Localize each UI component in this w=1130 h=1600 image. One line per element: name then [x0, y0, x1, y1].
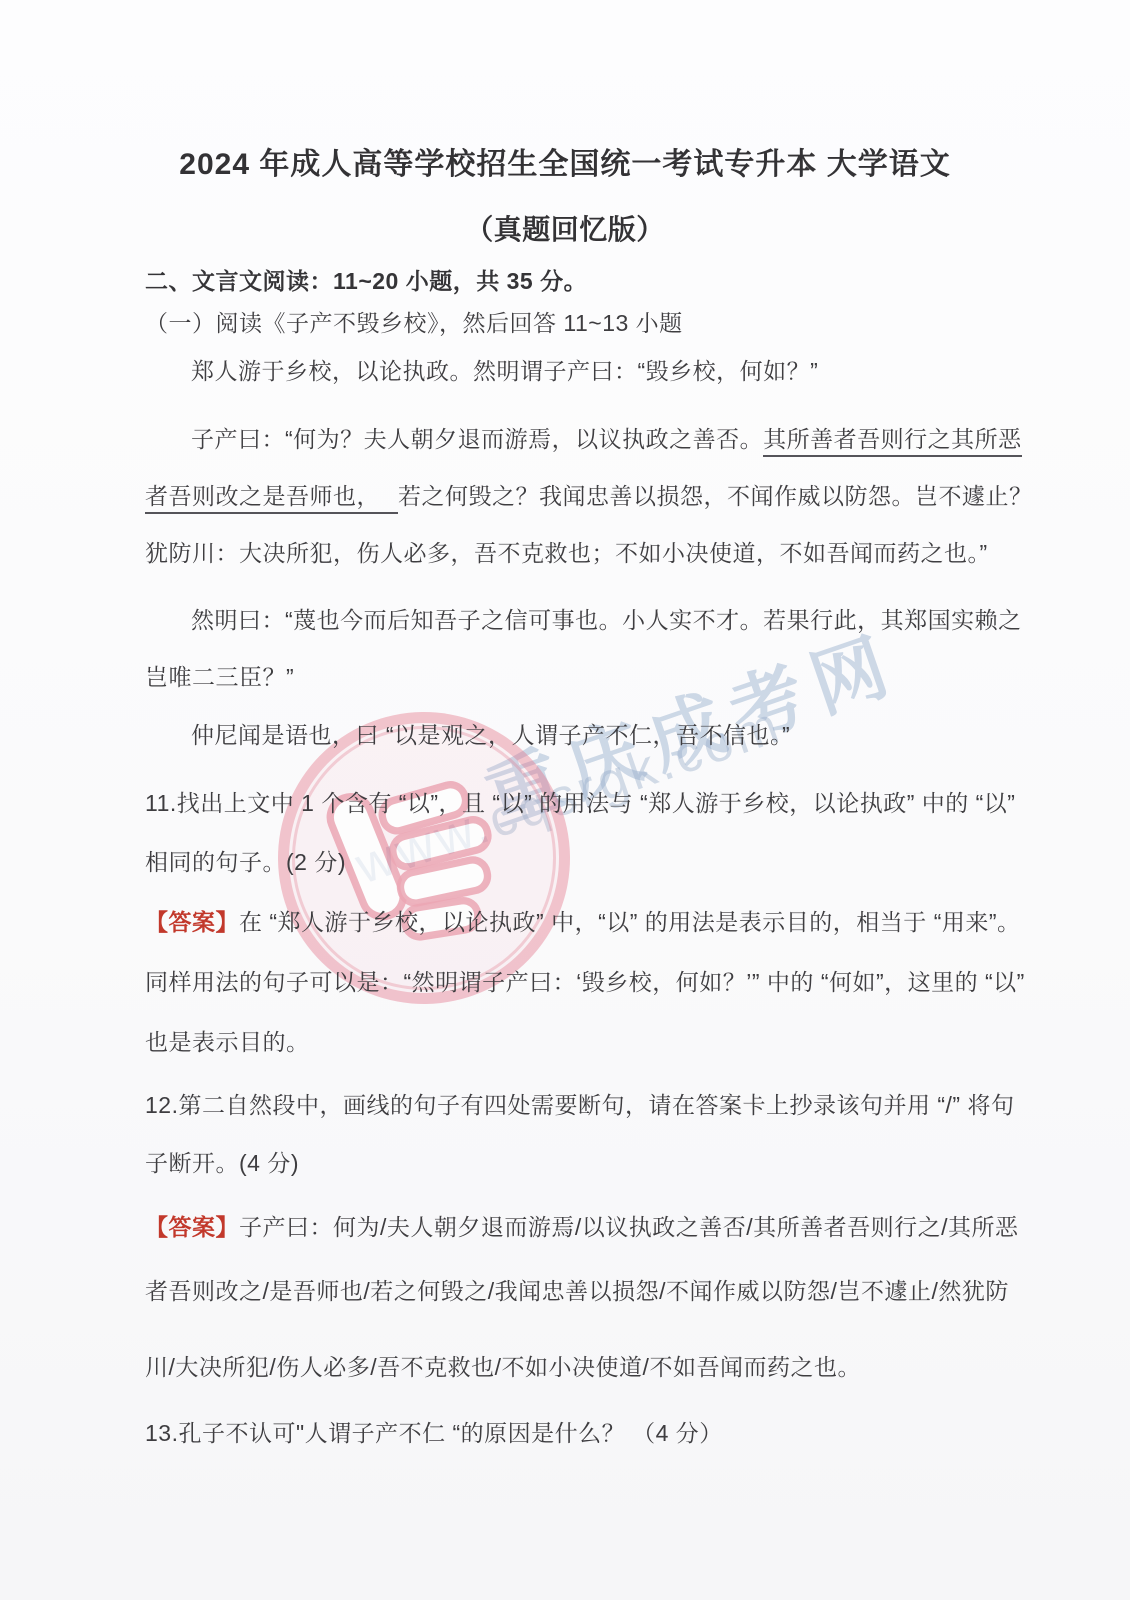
p2-l2-underlined-segment: 者吾则改之是吾师也， — [145, 483, 398, 514]
answer-12-text-1: 子产曰：何为/夫人朝夕退而游焉/以议执政之善否/其所善者吾则行之/其所恶 — [239, 1214, 1019, 1240]
answer-11-text-1: 在 “郑人游于乡校，以论执政” 中，“以” 的用法是表示目的，相当于 “用来”。 — [239, 909, 1021, 935]
passage-paragraph-2-line-3: 犹防川：大决所犯，伤人必多，吾不克救也；不如小决使道，不如吾闻而药之也。” — [145, 538, 988, 568]
exam-title: 2024 年成人高等学校招生全国统一考试专升本 大学语文 — [0, 150, 1130, 180]
question-12-line-1: 12.第二自然段中，画线的句子有四处需要断句，请在答案卡上抄录该句并用 “/” … — [145, 1090, 1014, 1120]
question-11-line-1: 11.找出上文中 1 个含有 “以”，且 “以” 的用法与 “郑人游于乡校，以论… — [145, 788, 1015, 818]
answer-12-label: 【答案】 — [145, 1214, 239, 1240]
exam-subtitle: （真题回忆版） — [0, 215, 1130, 245]
passage-paragraph-1: 郑人游于乡校，以论执政。然明谓子产曰：“毁乡校，何如？” — [145, 356, 818, 386]
answer-11-line-3: 也是表示目的。 — [145, 1027, 310, 1057]
question-12-line-2: 子断开。(4 分) — [145, 1148, 299, 1178]
passage-paragraph-3-line-1: 然明曰：“蔑也今而后知吾子之信可事也。小人实不才。若果行此，其郑国实赖之 — [145, 605, 1022, 635]
p2-l1-plain: 子产曰：“何为？夫人朝夕退而游焉，以议执政之善否。 — [191, 426, 763, 452]
p2-l2-plain: 若之何毁之？我闻忠善以损怨，不闻作威以防怨。岂不遽止？ — [398, 483, 1033, 509]
answer-11-line-1: 【答案】在 “郑人游于乡校，以论执政” 中，“以” 的用法是表示目的，相当于 “… — [145, 907, 1021, 937]
answer-12-line-2: 者吾则改之/是吾师也/若之何毁之/我闻忠善以损怨/不闻作威以防怨/岂不遽止/然犹… — [145, 1276, 1009, 1306]
passage-paragraph-3-line-2: 岂唯二三臣？” — [145, 662, 294, 692]
question-11-line-2: 相同的句子。(2 分) — [145, 847, 346, 877]
question-13-line-1: 13.孔子不认可"人谓子产不仁 “的原因是什么？ （4 分） — [145, 1418, 723, 1448]
passage-paragraph-2-line-2: 者吾则改之是吾师也，若之何毁之？我闻忠善以损怨，不闻作威以防怨。岂不遽止？ — [145, 481, 1033, 511]
answer-12-line-1: 【答案】子产曰：何为/夫人朝夕退而游焉/以议执政之善否/其所善者吾则行之/其所恶 — [145, 1212, 1019, 1242]
answer-12-line-3: 川/大决所犯/伤人必多/吾不克救也/不如小决使道/不如吾闻而药之也。 — [145, 1352, 861, 1382]
passage-intro: （一）阅读《子产不毁乡校》，然后回答 11~13 小题 — [145, 308, 683, 338]
answer-11-line-2: 同样用法的句子可以是：“然明谓子产曰：‘毁乡校，何如？’” 中的 “何如”，这里… — [145, 967, 1025, 997]
passage-paragraph-4: 仲尼闻是语也，曰 “以是观之，人谓子产不仁，吾不信也。” — [145, 720, 790, 750]
scanned-exam-page: 重庆成考网 www.cqsrgk.com 2024 年成人高等学校招生全国统一考… — [0, 0, 1130, 1600]
section-heading: 二、文言文阅读：11~20 小题，共 35 分。 — [145, 266, 587, 296]
p2-l1-underlined-segment: 其所善者吾则行之其所恶 — [763, 426, 1022, 457]
passage-paragraph-2-line-1: 子产曰：“何为？夫人朝夕退而游焉，以议执政之善否。其所善者吾则行之其所恶 — [145, 424, 1022, 454]
answer-11-label: 【答案】 — [145, 909, 239, 935]
